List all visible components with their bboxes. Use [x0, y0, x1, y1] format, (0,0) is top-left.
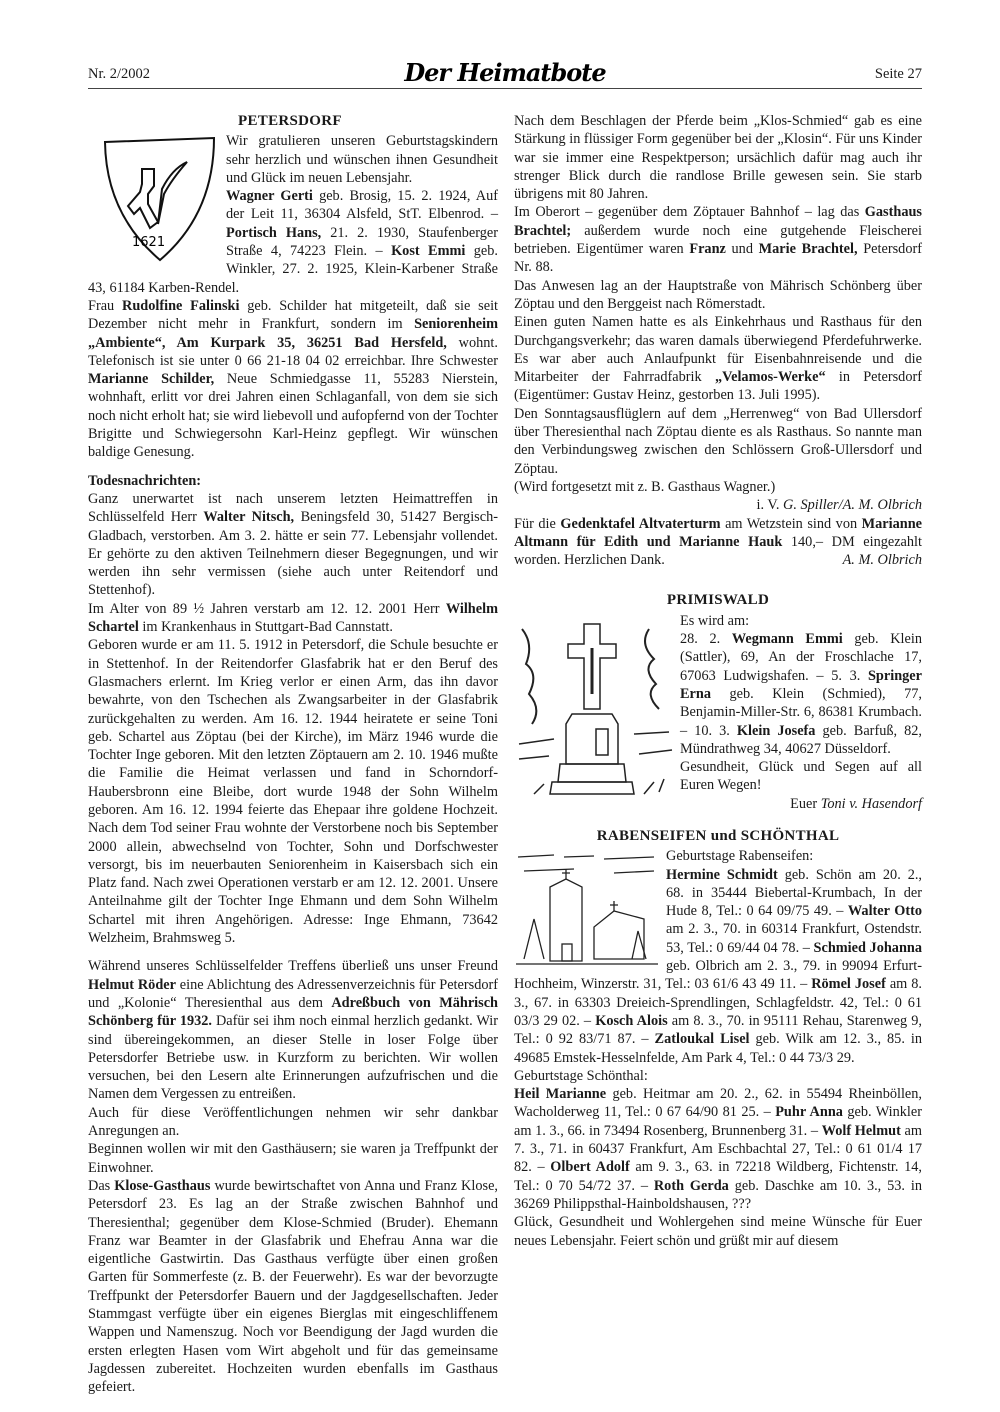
herrenweg: Den Sonntagsausflüglern auf dem „Herrenw…	[514, 405, 922, 478]
obituary-schartel: Im Alter von 89 ½ Jahren verstarb am 12.…	[88, 600, 498, 637]
svg-text:1621: 1621	[132, 235, 165, 250]
left-column: PETERSDORF 1621 Wir gratulieren unseren …	[88, 112, 498, 1396]
page-number: Seite 27	[875, 66, 922, 83]
adressbuch-gasthaeuser: Beginnen wollen wir mit den Gasthäusern;…	[88, 1140, 498, 1177]
village-church-illustration	[514, 849, 660, 967]
obituaries-heading: Todesnachrichten:	[88, 472, 498, 490]
klose-gasthaus: Das Klose-Gasthaus wurde bewirtschaftet …	[88, 1177, 498, 1397]
wayside-cross-illustration	[514, 614, 674, 804]
right-column-content: Nach dem Beschlagen der Pferde beim „Klo…	[514, 112, 922, 1250]
falinski-notice: Frau Rudolfine Falinski geb. Schilder ha…	[88, 297, 498, 462]
klos-schmied: Nach dem Beschlagen der Pferde beim „Klo…	[514, 112, 922, 203]
einkehrhaus: Einen guten Namen hatte es als Einkehrha…	[514, 313, 922, 404]
issue-number: Nr. 2/2002	[88, 66, 150, 83]
section-title-primiswald: PRIMISWALD	[514, 591, 922, 609]
masthead-title: Der Heimatbote	[404, 58, 605, 87]
gedenktafel: Für die Gedenktafel Altvaterturm am Wetz…	[514, 515, 922, 570]
gasthaus-brachtel: Im Oberort – gegenüber dem Zöptauer Bahn…	[514, 203, 922, 276]
obituary-nitsch: Ganz unerwartet ist nach unserem letzten…	[88, 490, 498, 600]
page-header: Nr. 2/2002 Der Heimatbote Seite 27	[88, 60, 922, 89]
section-title-rabenseifen: RABENSEIFEN und SCHÖNTHAL	[514, 827, 922, 845]
adressbuch-request: Auch für diese Veröffentlichungen nehmen…	[88, 1104, 498, 1141]
adressbuch-intro: Während unseres Schlüsselfelder Treffens…	[88, 957, 498, 1103]
coat-of-arms-icon: 1621	[102, 134, 220, 264]
continued-note: (Wird fortgesetzt mit z. B. Gasthaus Wag…	[514, 478, 922, 496]
signature-olbrich: A. M. Olbrich	[843, 552, 922, 568]
obituary-schartel-bio: Geboren wurde er am 11. 5. 1912 in Peter…	[88, 636, 498, 947]
schoenthal-subheading: Geburtstage Schönthal:	[514, 1067, 922, 1085]
anwesen: Das Anwesen lag an der Hauptstraße von M…	[514, 277, 922, 314]
schoenthal-birthdays: Heil Marianne geb. Heitmar am 20. 2., 62…	[514, 1085, 922, 1213]
section-title-petersdorf: PETERSDORF	[88, 112, 498, 130]
closing-wishes: Glück, Gesundheit und Wohlergehen sind m…	[514, 1213, 922, 1250]
signature-spiller-olbrich: i. V. G. Spiller/A. M. Olbrich	[514, 496, 922, 514]
